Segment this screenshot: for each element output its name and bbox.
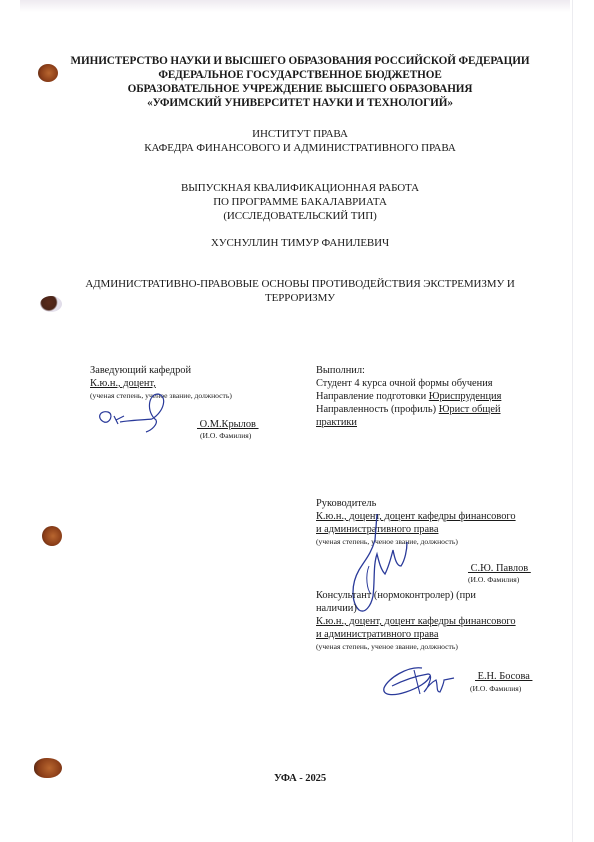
- head-name-caption: (И.О. Фамилия): [200, 431, 251, 441]
- performer-title: Выполнил:: [316, 364, 546, 377]
- scan-top-shadow: [20, 0, 570, 12]
- supervisor-title: Руководитель: [316, 497, 546, 510]
- supervisor-name-caption: (И.О. Фамилия): [468, 575, 519, 585]
- work-type-block: ВЫПУСКНАЯ КВАЛИФИКАЦИОННАЯ РАБОТА ПО ПРО…: [60, 181, 540, 223]
- profile-row: Направленность (профиль) Юрист общей: [316, 403, 546, 416]
- consultant-degree-caption: (ученая степень, ученое звание, должност…: [316, 641, 546, 652]
- consultant-degree-cont: и административного права: [316, 628, 546, 641]
- binder-hole-2: [40, 296, 62, 312]
- head-name: О.М.Крылов: [197, 418, 259, 431]
- consultant-block: Консультант (нормоконтролер) (при наличи…: [316, 589, 546, 652]
- head-title: Заведующий кафедрой: [90, 364, 232, 377]
- header-line: ФЕДЕРАЛЬНОЕ ГОСУДАРСТВЕННОЕ БЮДЖЕТНОЕ: [60, 68, 540, 82]
- city-year: УФА - 2025: [60, 772, 540, 786]
- ministry-header: МИНИСТЕРСТВО НАУКИ И ВЫСШЕГО ОБРАЗОВАНИЯ…: [60, 54, 540, 110]
- institute-name: ИНСТИТУТ ПРАВА: [60, 127, 540, 141]
- performer-block: Выполнил: Студент 4 курса очной формы об…: [316, 364, 546, 429]
- student-info: Студент 4 курса очной формы обучения: [316, 377, 546, 390]
- binder-hole-4: [34, 758, 62, 778]
- profile-value-cont: практики: [316, 416, 546, 429]
- page-edge-line: [572, 0, 573, 842]
- direction-label: Направление подготовки: [316, 391, 426, 402]
- head-degree: К.ю.н., доцент,: [90, 377, 232, 390]
- thesis-topic: АДМИНИСТРАТИВНО-ПРАВОВЫЕ ОСНОВЫ ПРОТИВОД…: [60, 277, 540, 305]
- work-type-line: ВЫПУСКНАЯ КВАЛИФИКАЦИОННАЯ РАБОТА: [60, 181, 540, 195]
- work-type-line: (ИССЛЕДОВАТЕЛЬСКИЙ ТИП): [60, 209, 540, 223]
- department-name: КАФЕДРА ФИНАНСОВОГО И АДМИНИСТРАТИВНОГО …: [60, 141, 540, 155]
- head-signature: [92, 390, 202, 440]
- supervisor-name: С.Ю. Павлов: [468, 562, 531, 575]
- header-line: ОБРАЗОВАТЕЛЬНОЕ УЧРЕЖДЕНИЕ ВЫСШЕГО ОБРАЗ…: [60, 82, 540, 96]
- consultant-signature: [378, 662, 458, 702]
- consultant-title-cont: наличии): [316, 602, 546, 615]
- consultant-name: Е.Н. Босова: [475, 670, 532, 683]
- consultant-degree: К.ю.н., доцент, доцент кафедры финансово…: [316, 615, 546, 628]
- consultant-name-caption: (И.О. Фамилия): [470, 684, 521, 694]
- profile-label: Направленность (профиль): [316, 404, 436, 415]
- topic-line: АДМИНИСТРАТИВНО-ПРАВОВЫЕ ОСНОВЫ ПРОТИВОД…: [60, 277, 540, 291]
- header-line: «УФИМСКИЙ УНИВЕРСИТЕТ НАУКИ И ТЕХНОЛОГИЙ…: [60, 96, 540, 110]
- institute-block: ИНСТИТУТ ПРАВА КАФЕДРА ФИНАНСОВОГО И АДМ…: [60, 127, 540, 155]
- consultant-title: Консультант (нормоконтролер) (при: [316, 589, 546, 602]
- binder-hole-3: [42, 526, 62, 546]
- work-type-line: ПО ПРОГРАММЕ БАКАЛАВРИАТА: [60, 195, 540, 209]
- header-line: МИНИСТЕРСТВО НАУКИ И ВЫСШЕГО ОБРАЗОВАНИЯ…: [60, 54, 540, 68]
- author-name: ХУСНУЛЛИН ТИМУР ФАНИЛЕВИЧ: [60, 236, 540, 250]
- direction-row: Направление подготовки Юриспруденция: [316, 390, 546, 403]
- topic-line: ТЕРРОРИЗМУ: [60, 291, 540, 305]
- profile-value: Юрист общей: [439, 404, 501, 415]
- direction-value: Юриспруденция: [429, 391, 502, 402]
- binder-hole-1: [38, 64, 58, 82]
